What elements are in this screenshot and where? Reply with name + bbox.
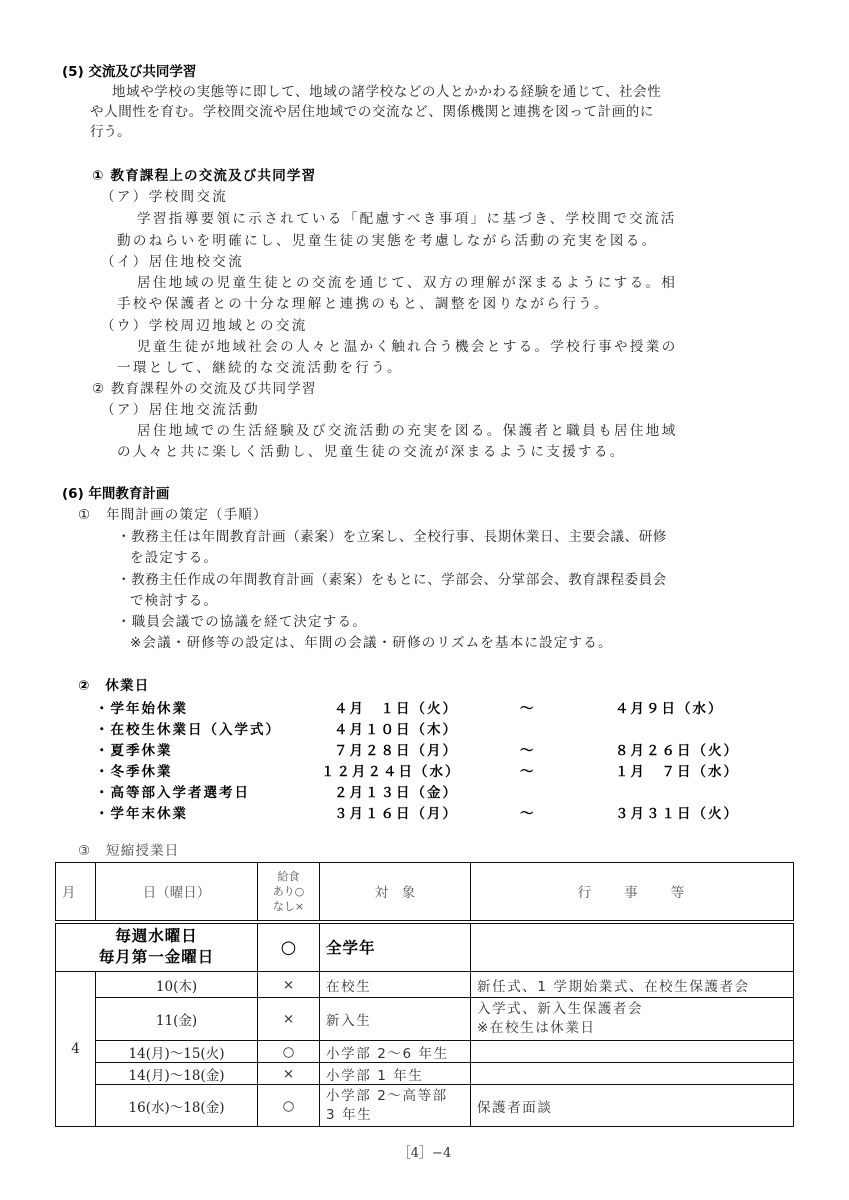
row-lunch: ○	[258, 1041, 320, 1063]
row-target: 新入生	[320, 998, 471, 1041]
holiday-name: ・学年始休業	[95, 697, 188, 717]
row-events	[471, 1041, 794, 1063]
holiday-name: ・高等部入学者選考日	[95, 781, 250, 801]
bullet-1-line-2: を設定する。	[130, 548, 218, 568]
section-5-intro-line-2: や人間性を育む。学校間交流や居住地域での交流など、関係機関と連携を図って計画的に	[90, 102, 654, 122]
holidays-heading: ② 休業日	[78, 676, 149, 696]
header-date: 日（曜日）	[96, 863, 258, 922]
holiday-end: ８月２６日（火）	[615, 739, 739, 759]
holiday-end: ３月３１日（火）	[615, 802, 739, 822]
section-5-intro-line-1: 地域や学校の実態等に即して、地域の諸学校などの人とかかわる経験を通じて、社会性	[112, 82, 661, 102]
holiday-start: １２月２４日（水）	[321, 760, 458, 780]
row-events: 入学式、新入生保護者会 ※在校生は休業日	[471, 998, 794, 1041]
row-events: 保護者面談	[471, 1085, 794, 1127]
header-lunch: 給食 あり○ なし×	[258, 863, 320, 922]
row-target: 小学部 2～6 年生	[320, 1041, 471, 1063]
item-c-label: （ウ）学校周辺地域との交流	[101, 316, 308, 336]
row-events-line-1: 入学式、新入生保護者会	[477, 1000, 787, 1019]
weekly-date-line-1: 毎週水曜日	[62, 926, 251, 947]
item-b-label: （イ）居住地校交流	[101, 252, 244, 272]
table-header-row: 月 日（曜日） 給食 あり○ なし× 対 象 行 事 等	[56, 863, 794, 922]
header-month: 月	[56, 863, 96, 922]
holiday-tilde: ～	[520, 802, 536, 822]
header-target: 対 象	[320, 863, 471, 922]
item-c-line-1: 児童生徒が地域社会の人々と温かく触れ合う機会とする。学校行事や授業の	[137, 337, 678, 357]
item-d-label: （ア）居住地交流活動	[101, 400, 260, 420]
item-b-line-2: 手校や保護者との十分な理解と連携のもと、調整を図りながら行う。	[117, 294, 610, 314]
holiday-end: ４月９日（水）	[615, 697, 724, 717]
item-d-line-2: の人々と共に楽しく活動し、児童生徒の交流が深まるように支援する。	[117, 442, 626, 462]
row-date: 11(金)	[96, 998, 258, 1041]
holiday-start: ７月２８日（月）	[321, 739, 458, 759]
row-lunch: ×	[258, 1063, 320, 1085]
page-number: ［4］−4	[0, 1142, 849, 1161]
plan-procedure-heading: ① 年間計画の策定（手順）	[78, 505, 268, 525]
table-row-weekly: 毎週水曜日 毎月第一金曜日 ○ 全学年	[56, 922, 794, 972]
weekly-events	[471, 922, 794, 972]
table-row: 11(金) × 新入生 入学式、新入生保護者会 ※在校生は休業日	[56, 998, 794, 1041]
row-events: 新任式、1 学期始業式、在校生保護者会	[471, 972, 794, 998]
item-a-line-1: 学習指導要領に示されている「配慮すべき事項」に基づき、学校間で交流活	[137, 209, 677, 229]
bullet-3-line-1: ・職員会議での協議を経て決定する。	[117, 612, 367, 632]
row-lunch: ×	[258, 972, 320, 998]
row-events	[471, 1063, 794, 1085]
header-events: 行 事 等	[471, 863, 794, 922]
holiday-tilde: ～	[520, 697, 536, 717]
header-lunch-line-3: なし×	[264, 899, 313, 914]
section-6-heading: (6) 年間教育計画	[62, 484, 169, 504]
weekly-date-cell: 毎週水曜日 毎月第一金曜日	[56, 922, 258, 972]
holiday-name: ・在校生休業日（入学式）	[95, 718, 281, 738]
item-a-label: （ア）学校間交流	[101, 187, 228, 207]
row-date: 14(月)～18(金)	[96, 1063, 258, 1085]
weekly-date-line-2: 毎月第一金曜日	[62, 947, 251, 968]
bullet-1-line-1: ・教務主任は年間教育計画（素案）を立案し、全校行事、長期休業日、主要会議、研修	[117, 527, 667, 547]
row-target: 在校生	[320, 972, 471, 998]
short-days-heading: ③ 短縮授業日	[78, 841, 180, 861]
holiday-tilde: ～	[520, 760, 536, 780]
table-row: 4 10(木) × 在校生 新任式、1 学期始業式、在校生保護者会	[56, 972, 794, 998]
holiday-start: ４月１０日（木）	[321, 718, 458, 738]
month-cell: 4	[56, 972, 96, 1127]
item-c-line-2: 一環として、継続的な交流活動を行う。	[117, 358, 403, 378]
item-b-line-1: 居住地域の児童生徒との交流を通じて、双方の理解が深まるようにする。相	[137, 273, 677, 293]
holiday-name: ・冬季休業	[95, 760, 173, 780]
weekly-lunch: ○	[258, 922, 320, 972]
row-target-line-2: 3 年生	[326, 1106, 464, 1125]
bullet-2-line-1: ・教務主任作成の年間教育計画（素案）をもとに、学部会、分掌部会、教育課程委員会	[117, 570, 667, 590]
row-target: 小学部 1 年生	[320, 1063, 471, 1085]
item-a-line-2: 動のねらいを明確にし、児童生徒の実態を考慮しながら活動の充実を図る。	[117, 231, 658, 251]
section-5-heading: (5) 交流及び共同学習	[62, 62, 196, 82]
section-5-intro-line-3: 行う。	[90, 122, 131, 142]
holiday-name: ・学年末休業	[95, 802, 188, 822]
weekly-target: 全学年	[320, 922, 471, 972]
row-target: 小学部 2～高等部 3 年生	[320, 1085, 471, 1127]
item-d-line-1: 居住地域での生活経験及び交流活動の充実を図る。保護者と職員も居住地域	[137, 421, 678, 441]
holiday-name: ・夏季休業	[95, 739, 173, 759]
table-row: 16(水)～18(金) ○ 小学部 2～高等部 3 年生 保護者面談	[56, 1085, 794, 1127]
plan-note: ※会議・研修等の設定は、年間の会議・研修のリズムを基本に設定する。	[130, 633, 613, 653]
subsection-2-heading: ② 教育課程外の交流及び共同学習	[92, 379, 317, 399]
row-target-line-1: 小学部 2～高等部	[326, 1087, 464, 1106]
holiday-start: ４月 １日（火）	[321, 697, 458, 717]
holiday-tilde: ～	[520, 739, 536, 759]
holiday-start: ３月１６日（月）	[321, 802, 458, 822]
row-date: 14(月)～15(火)	[96, 1041, 258, 1063]
header-lunch-line-1: 給食	[264, 869, 313, 884]
table-row: 14(月)～15(火) ○ 小学部 2～6 年生	[56, 1041, 794, 1063]
table-row: 14(月)～18(金) × 小学部 1 年生	[56, 1063, 794, 1085]
bullet-2-line-2: で検討する。	[130, 591, 218, 611]
row-lunch: ×	[258, 998, 320, 1041]
row-lunch: ○	[258, 1085, 320, 1127]
holiday-end: １月 ７日（水）	[615, 760, 739, 780]
row-events-line-2: ※在校生は休業日	[477, 1019, 787, 1038]
holiday-start: ２月１３日（金）	[321, 781, 458, 801]
subsection-1-heading: ① 教育課程上の交流及び共同学習	[92, 166, 316, 186]
header-lunch-line-2: あり○	[264, 884, 313, 899]
row-date: 10(木)	[96, 972, 258, 998]
short-days-table: 月 日（曜日） 給食 あり○ なし× 対 象 行 事 等 毎週水曜日 毎月第一金…	[55, 862, 794, 1127]
row-date: 16(水)～18(金)	[96, 1085, 258, 1127]
